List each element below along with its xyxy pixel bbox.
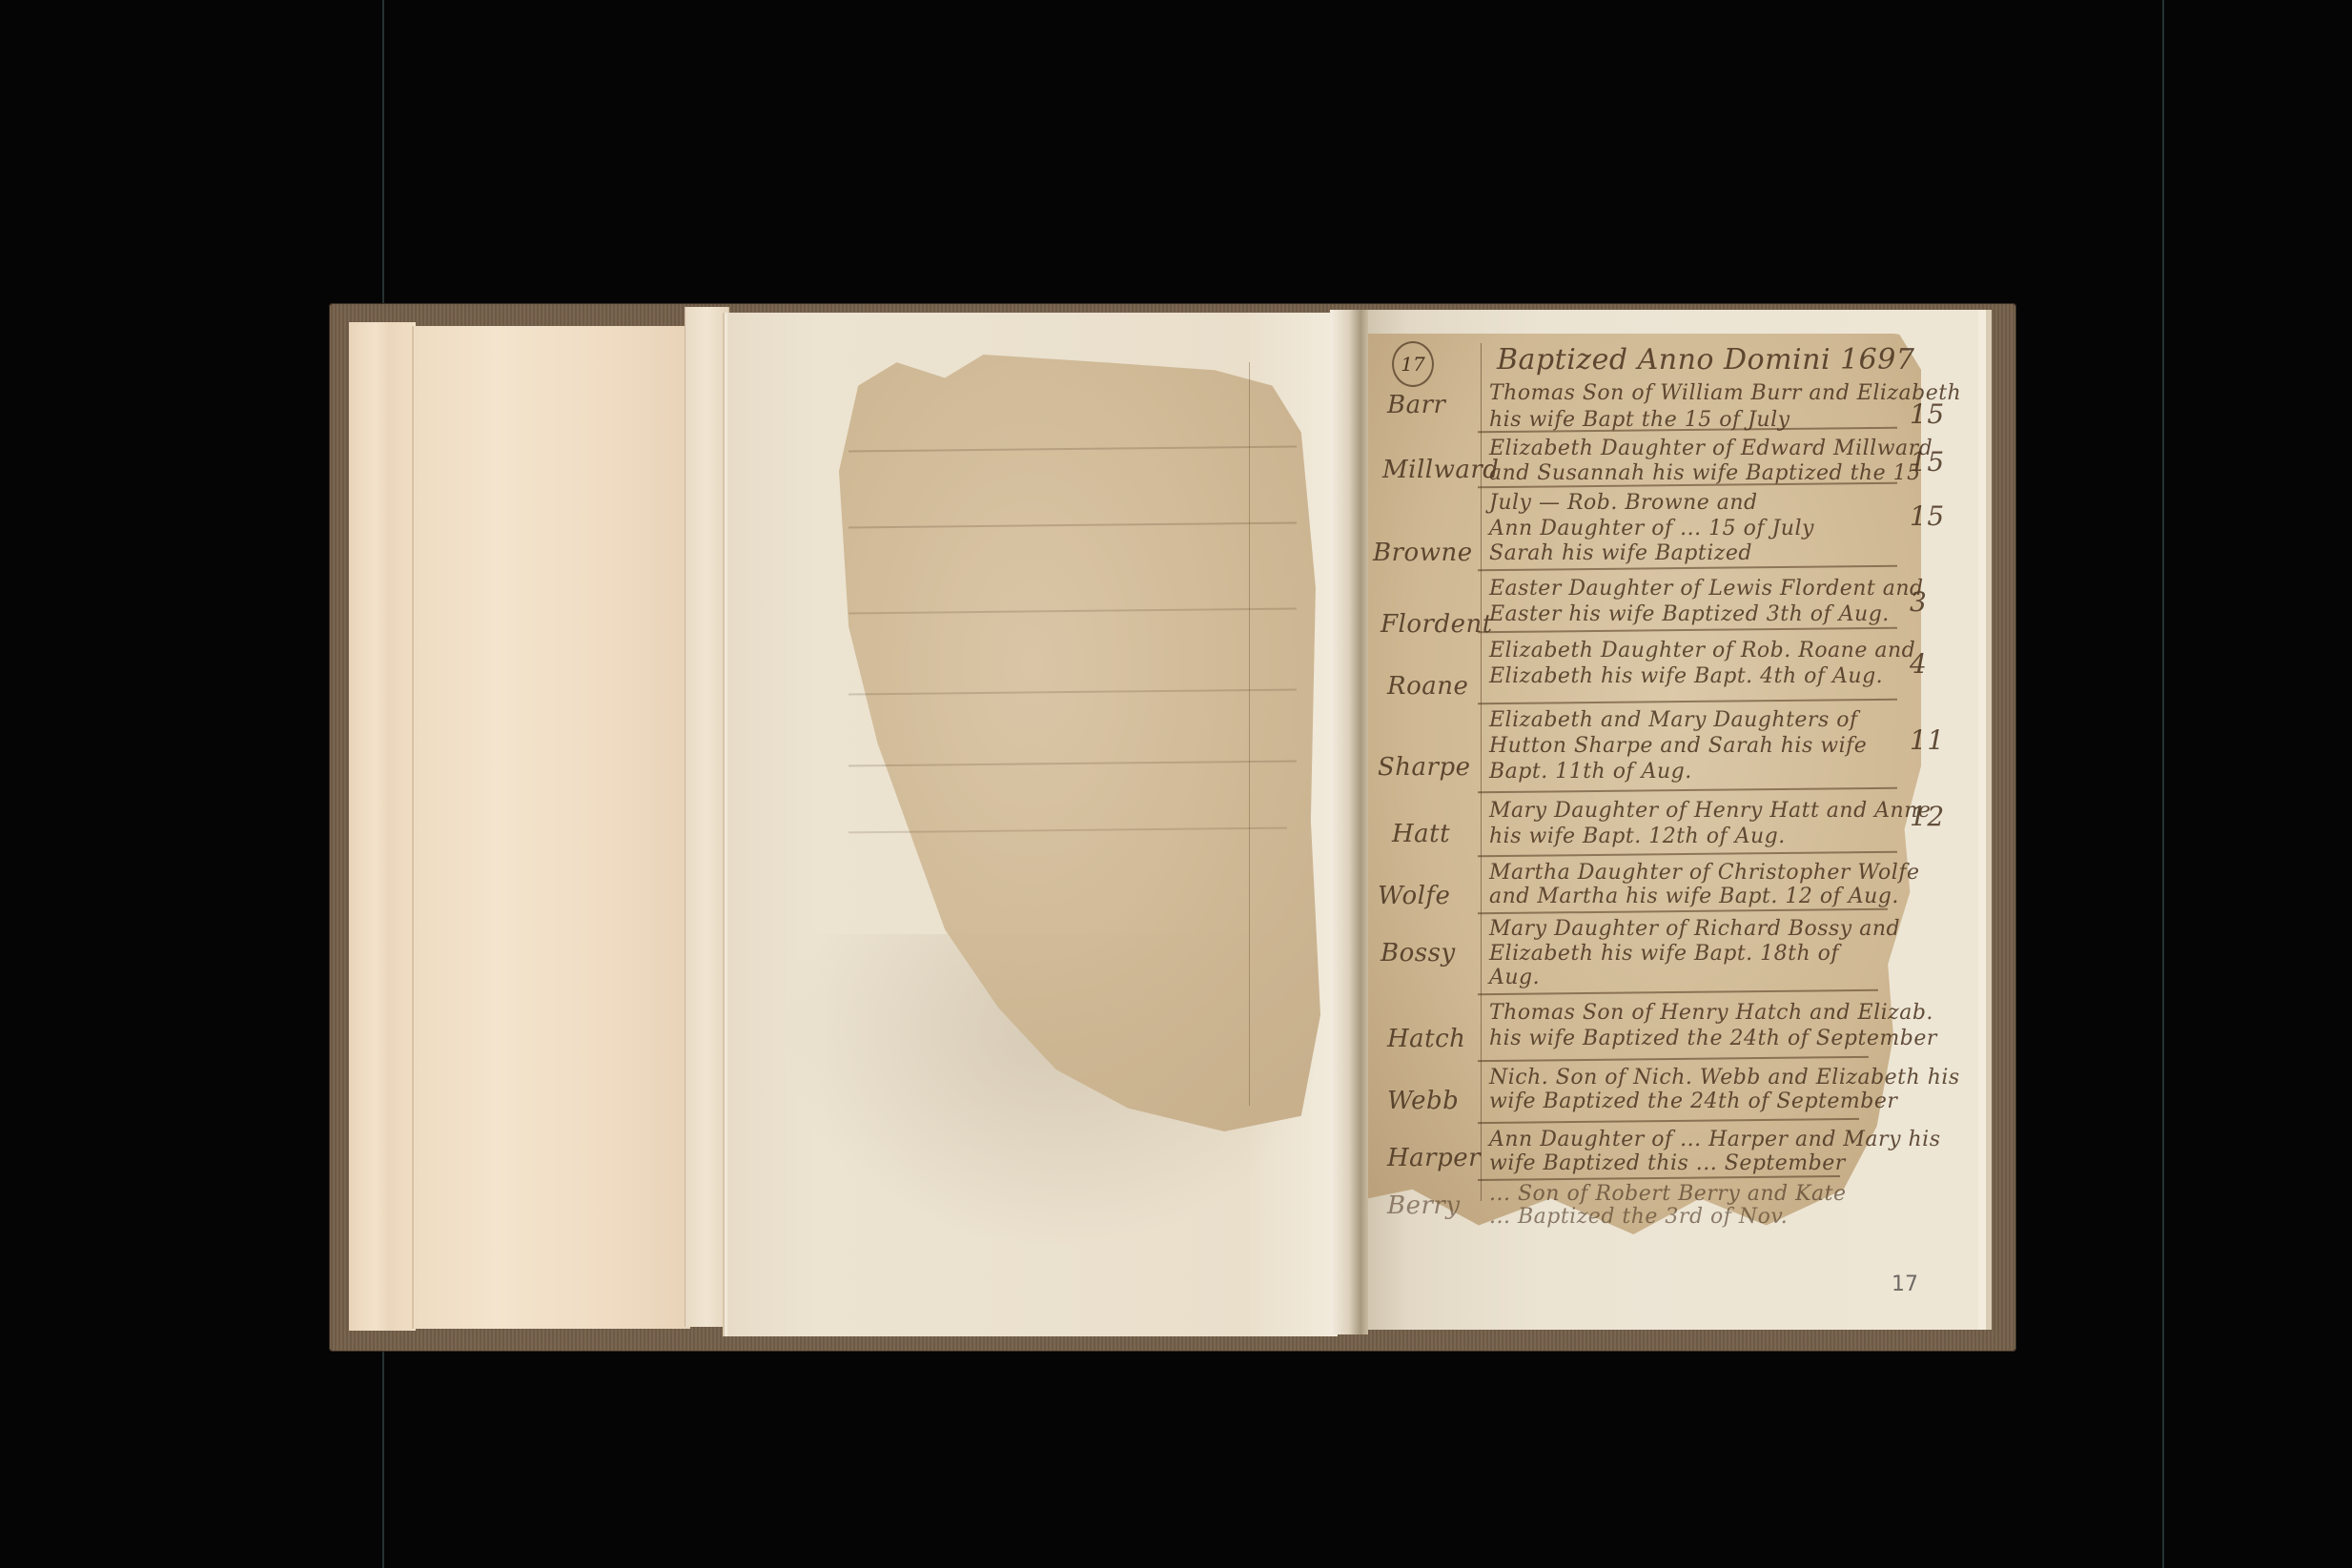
gutter <box>1330 310 1368 1334</box>
flyleaf-edges <box>349 322 416 1331</box>
folio-number-circled: 17 <box>1392 341 1434 387</box>
pencil-folio-number: 17 <box>1892 1273 1918 1296</box>
glass-plate-edge-right <box>2162 0 2164 1568</box>
register-heading: Baptized Anno Domini 1697 <box>1497 343 1914 377</box>
guard-stub <box>685 307 729 1327</box>
flyleaf <box>412 326 690 1329</box>
margin-rule <box>1249 362 1250 1106</box>
